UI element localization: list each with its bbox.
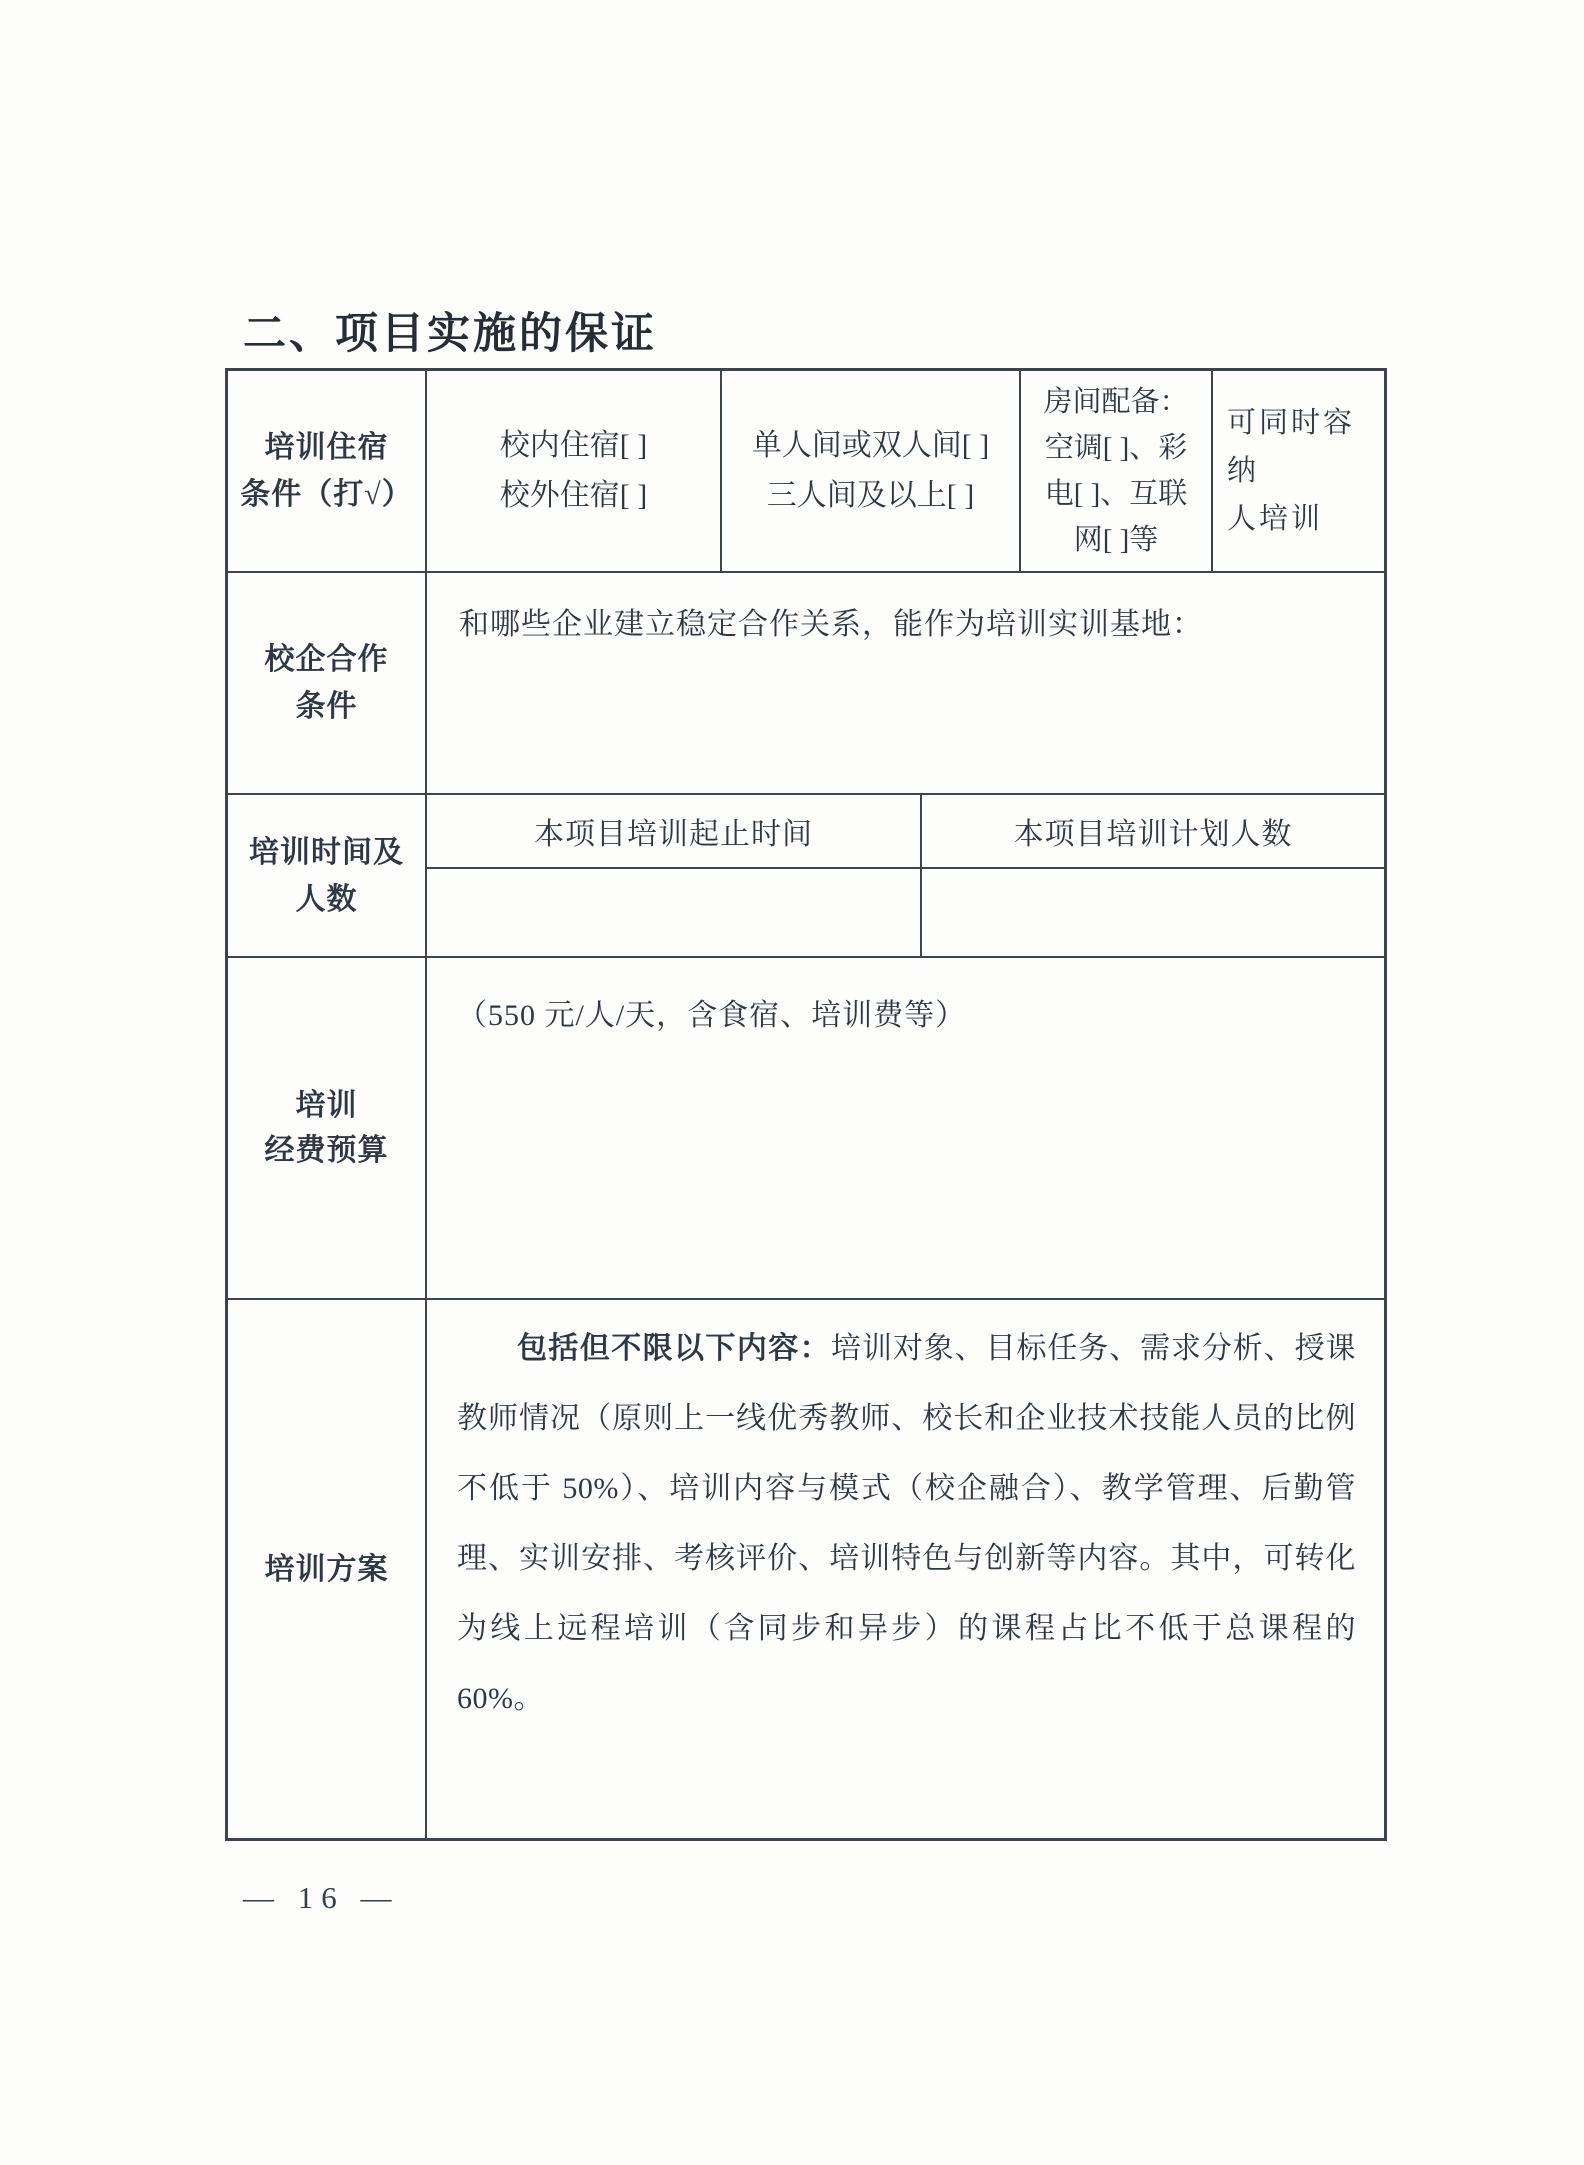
plan-lead: 包括但不限以下内容： xyxy=(517,1332,831,1365)
plan-paragraph: 包括但不限以下内容：培训对象、目标任务、需求分析、授课教师情况（原则上一线优秀教… xyxy=(457,1314,1356,1734)
cooperation-prompt: 和哪些企业建立稳定合作关系，能作为培训实训基地： xyxy=(425,573,1384,793)
page-title: 二、项目实施的保证 xyxy=(243,300,657,361)
row-cooperation: 校企合作 条件 和哪些企业建立稳定合作关系，能作为培训实训基地： xyxy=(228,571,1384,793)
row-plan: 培训方案 包括但不限以下内容：培训对象、目标任务、需求分析、授课教师情况（原则上… xyxy=(228,1298,1384,1838)
row-budget: 培训 经费预算 （550 元/人/天，含食宿、培训费等） xyxy=(228,956,1384,1298)
accommodation-campus-options: 校内住宿[ ] 校外住宿[ ] xyxy=(425,371,720,571)
cooperation-label: 校企合作 条件 xyxy=(228,573,425,793)
budget-label: 培训 经费预算 xyxy=(228,958,425,1298)
accommodation-label: 培训住宿 条件（打√） xyxy=(228,371,425,571)
accommodation-capacity-note: 可同时容纳 人培训 xyxy=(1211,371,1384,571)
document-page: 二、项目实施的保证 培训住宿 条件（打√） 校内住宿[ ] 校外住宿[ ] 单人… xyxy=(0,0,1584,2165)
plan-body: 培训对象、目标任务、需求分析、授课教师情况（原则上一线优秀教师、校长和企业技术技… xyxy=(457,1332,1356,1715)
schedule-people-value xyxy=(920,869,1384,956)
budget-note: （550 元/人/天，含食宿、培训费等） xyxy=(425,958,1384,1298)
schedule-time-header: 本项目培训起止时间 xyxy=(427,795,920,867)
schedule-time-value xyxy=(427,869,920,956)
schedule-label: 培训时间及 人数 xyxy=(228,795,425,956)
plan-content: 包括但不限以下内容：培训对象、目标任务、需求分析、授课教师情况（原则上一线优秀教… xyxy=(425,1300,1384,1838)
accommodation-room-equipment: 房间配备： 空调[ ]、彩 电[ ]、互联 网[ ]等 xyxy=(1019,371,1211,571)
schedule-nested-table: 本项目培训起止时间 本项目培训计划人数 xyxy=(425,795,1384,956)
project-guarantee-table: 培训住宿 条件（打√） 校内住宿[ ] 校外住宿[ ] 单人间或双人间[ ] 三… xyxy=(225,368,1387,1841)
page-number: — 16 — xyxy=(243,1880,400,1916)
row-accommodation: 培训住宿 条件（打√） 校内住宿[ ] 校外住宿[ ] 单人间或双人间[ ] 三… xyxy=(228,371,1384,571)
plan-label: 培训方案 xyxy=(228,1300,425,1838)
accommodation-room-options: 单人间或双人间[ ] 三人间及以上[ ] xyxy=(720,371,1019,571)
schedule-header-row: 本项目培训起止时间 本项目培训计划人数 xyxy=(427,795,1384,867)
schedule-people-header: 本项目培训计划人数 xyxy=(920,795,1384,867)
schedule-value-row xyxy=(427,867,1384,956)
row-schedule: 培训时间及 人数 本项目培训起止时间 本项目培训计划人数 xyxy=(228,793,1384,956)
